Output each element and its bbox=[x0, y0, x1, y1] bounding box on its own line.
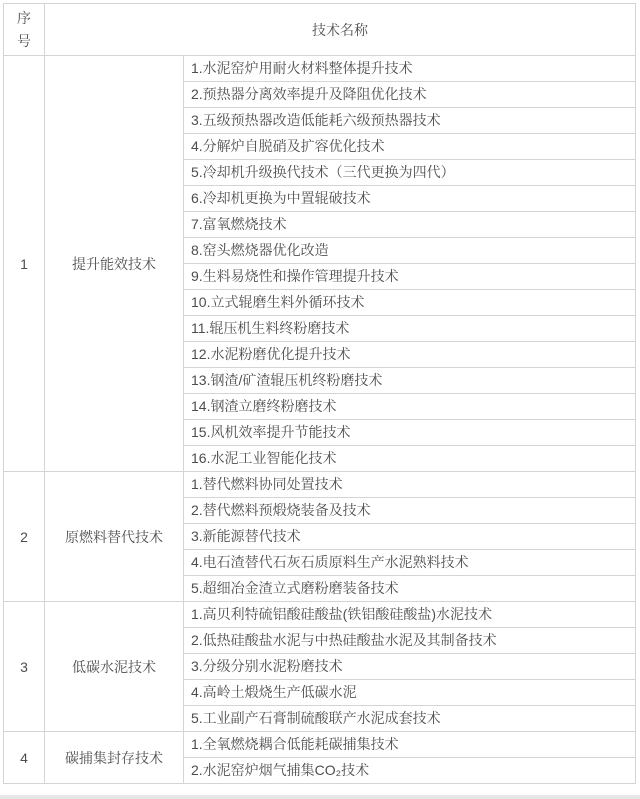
section-serial-number: 3 bbox=[4, 602, 45, 732]
document-page: 序号 技术名称 1提升能效技术1.水泥窑炉用耐火材料整体提升技术2.预热器分离效… bbox=[0, 0, 640, 799]
section-category-name: 提升能效技术 bbox=[45, 56, 184, 472]
technology-name-cell: 8.窑头燃烧器优化改造 bbox=[184, 238, 636, 264]
section-serial-number: 2 bbox=[4, 472, 45, 602]
technology-name-cell: 13.钢渣/矿渣辊压机终粉磨技术 bbox=[184, 368, 636, 394]
section-serial-number: 1 bbox=[4, 56, 45, 472]
tech-table-body: 1提升能效技术1.水泥窑炉用耐火材料整体提升技术2.预热器分离效率提升及降阻优化… bbox=[4, 56, 636, 784]
technology-name-cell: 3.新能源替代技术 bbox=[184, 524, 636, 550]
technology-name-cell: 5.超细冶金渣立式磨粉磨装备技术 bbox=[184, 576, 636, 602]
technology-name-cell: 3.五级预热器改造低能耗六级预热器技术 bbox=[184, 108, 636, 134]
technology-name-cell: 2.替代燃料预煅烧装备及技术 bbox=[184, 498, 636, 524]
serial-number-header-label: 序号 bbox=[16, 7, 32, 53]
technology-name-cell: 4.分解炉自脱硝及扩容优化技术 bbox=[184, 134, 636, 160]
section-category-name: 原燃料替代技术 bbox=[45, 472, 184, 602]
technology-name-cell: 10.立式辊磨生料外循环技术 bbox=[184, 290, 636, 316]
technology-name-cell: 5.工业副产石膏制硫酸联产水泥成套技术 bbox=[184, 706, 636, 732]
technology-name-cell: 4.高岭土煅烧生产低碳水泥 bbox=[184, 680, 636, 706]
section-serial-number: 4 bbox=[4, 732, 45, 784]
technology-name-cell: 7.富氧燃烧技术 bbox=[184, 212, 636, 238]
column-header-technology-name: 技术名称 bbox=[45, 4, 636, 56]
technology-name-cell: 1.水泥窑炉用耐火材料整体提升技术 bbox=[184, 56, 636, 82]
section-category-name: 低碳水泥技术 bbox=[45, 602, 184, 732]
technology-name-cell: 15.风机效率提升节能技术 bbox=[184, 420, 636, 446]
table-header-row: 序号 技术名称 bbox=[4, 4, 636, 56]
technology-name-cell: 1.高贝利特硫铝酸硅酸盐(铁铝酸硅酸盐)水泥技术 bbox=[184, 602, 636, 628]
page-bottom-edge bbox=[0, 795, 640, 799]
technology-name-cell: 11.辊压机生料终粉磨技术 bbox=[184, 316, 636, 342]
technology-name-cell: 1.替代燃料协同处置技术 bbox=[184, 472, 636, 498]
table-row: 2原燃料替代技术1.替代燃料协同处置技术 bbox=[4, 472, 636, 498]
table-row: 1提升能效技术1.水泥窑炉用耐火材料整体提升技术 bbox=[4, 56, 636, 82]
technology-name-cell: 2.预热器分离效率提升及降阻优化技术 bbox=[184, 82, 636, 108]
technology-name-cell: 3.分级分别水泥粉磨技术 bbox=[184, 654, 636, 680]
technology-name-cell: 2.水泥窑炉烟气捕集CO₂技术 bbox=[184, 758, 636, 784]
technology-name-cell: 9.生料易烧性和操作管理提升技术 bbox=[184, 264, 636, 290]
technology-name-cell: 2.低热硅酸盐水泥与中热硅酸盐水泥及其制备技术 bbox=[184, 628, 636, 654]
technology-name-cell: 5.冷却机升级换代技术（三代更换为四代） bbox=[184, 160, 636, 186]
column-header-serial-number: 序号 bbox=[4, 4, 45, 56]
table-row: 3低碳水泥技术1.高贝利特硫铝酸硅酸盐(铁铝酸硅酸盐)水泥技术 bbox=[4, 602, 636, 628]
technology-name-cell: 12.水泥粉磨优化提升技术 bbox=[184, 342, 636, 368]
technology-name-cell: 1.全氧燃烧耦合低能耗碳捕集技术 bbox=[184, 732, 636, 758]
table-row: 4碳捕集封存技术1.全氧燃烧耦合低能耗碳捕集技术 bbox=[4, 732, 636, 758]
section-category-name: 碳捕集封存技术 bbox=[45, 732, 184, 784]
technology-name-cell: 14.钢渣立磨终粉磨技术 bbox=[184, 394, 636, 420]
technology-table: 序号 技术名称 1提升能效技术1.水泥窑炉用耐火材料整体提升技术2.预热器分离效… bbox=[3, 3, 636, 784]
technology-name-cell: 6.冷却机更换为中置辊破技术 bbox=[184, 186, 636, 212]
technology-name-cell: 4.电石渣替代石灰石质原料生产水泥熟料技术 bbox=[184, 550, 636, 576]
technology-name-cell: 16.水泥工业智能化技术 bbox=[184, 446, 636, 472]
